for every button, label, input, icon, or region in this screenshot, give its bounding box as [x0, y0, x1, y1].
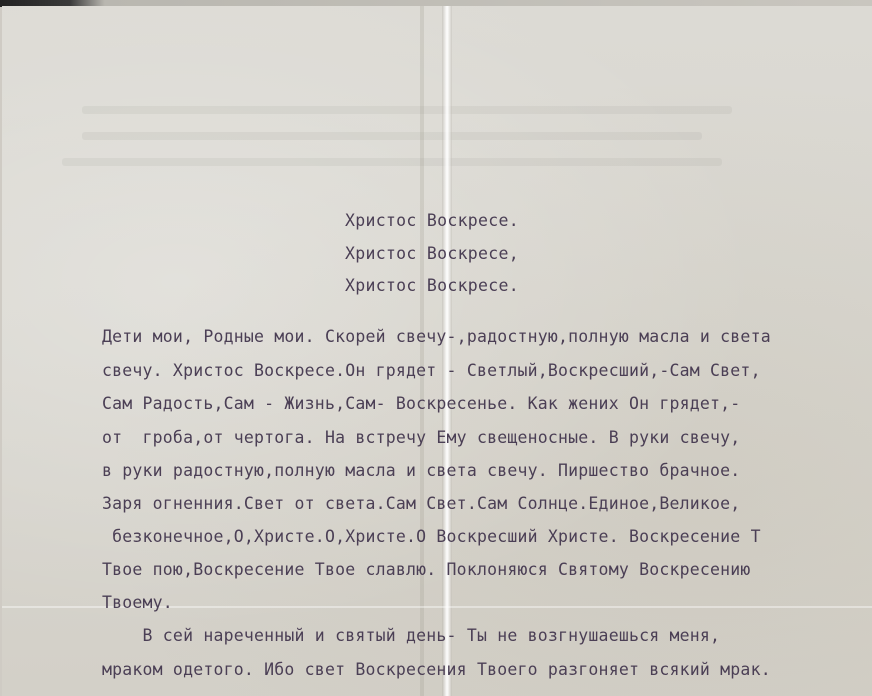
heading-line-2: Христос Воскресе,: [345, 244, 519, 263]
heading-line-3: Христос Воскресе.: [345, 276, 519, 295]
bleed-through-line: [82, 106, 732, 114]
body-line: свечу. Христос Воскресе.Он грядет - Свет…: [102, 361, 761, 380]
body-line: Твое пою,Воскресение Твое славлю. Поклон…: [102, 560, 751, 579]
body-line: Сам Радость,Сам - Жизнь,Сам- Воскресенье…: [102, 394, 740, 413]
body-line: мраком одетого. Ибо свет Воскресения Тво…: [102, 660, 771, 679]
heading-line-1: Христос Воскресе.: [345, 211, 519, 230]
body-line: от гроба,от чертога. На встречу Ему свещ…: [102, 428, 740, 447]
paper-fold-crease: [442, 6, 452, 696]
body-line: Дети мои, Родные мои. Скорей свечу-,радо…: [102, 327, 771, 346]
bleed-through-line: [82, 132, 702, 140]
bleed-through-line: [62, 158, 722, 166]
body-line: в руки радостную,полную масла и света св…: [102, 461, 740, 480]
paper-fold: [420, 6, 424, 696]
body-line: Заря огненния.Свет от света.Сам Свет.Сам…: [102, 494, 740, 513]
body-line: безконечное,О,Христе.О,Христе.О Воскресш…: [102, 527, 761, 546]
body-line: В сей нареченный и святый день- Ты не во…: [102, 626, 720, 645]
body-line: Твоему.: [102, 593, 173, 612]
typewritten-page: Христос Воскресе. Христос Воскресе, Хрис…: [2, 6, 872, 696]
